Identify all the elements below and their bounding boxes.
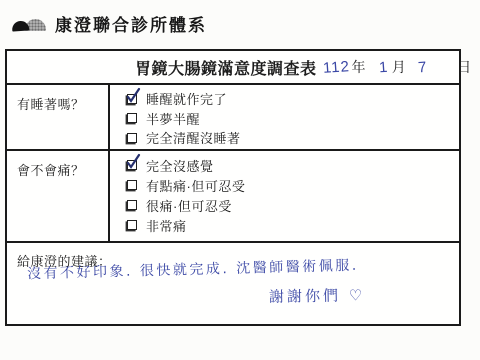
option-label: 非常痛 bbox=[146, 216, 187, 235]
checkbox bbox=[127, 94, 137, 104]
option-item: 非常痛 bbox=[127, 215, 459, 235]
clinic-header: 康澄聯合診所體系 bbox=[12, 11, 207, 36]
checkbox bbox=[127, 220, 137, 230]
survey-form: 胃鏡大腸鏡滿意度調查表 112 年 1 月 7 日 有睡著嗎？ 睡醒就作完了 半… bbox=[5, 49, 461, 326]
checkbox bbox=[127, 133, 137, 143]
checkbox bbox=[127, 180, 137, 190]
option-item: 完全清醒沒睡著 bbox=[127, 128, 459, 148]
question-row-pain: 會不會痛？ 完全沒感覺 有點痛·但可忍受 很痛·但可忍受 bbox=[7, 151, 459, 243]
checkmark-icon bbox=[126, 153, 142, 170]
option-item: 有點痛·但可忍受 bbox=[127, 175, 459, 195]
question-row-sleep: 有睡著嗎？ 睡醒就作完了 半夢半醒 完全清醒沒睡著 bbox=[7, 85, 459, 151]
year-label: 年 bbox=[351, 57, 365, 77]
handwritten-day: 7 bbox=[417, 58, 428, 76]
checkbox bbox=[127, 160, 137, 170]
question-options: 完全沒感覺 有點痛·但可忍受 很痛·但可忍受 非常痛 bbox=[110, 151, 459, 241]
month-label: 月 bbox=[392, 57, 406, 77]
handwritten-year: 112 bbox=[322, 58, 350, 77]
option-label: 完全清醒沒睡著 bbox=[146, 128, 241, 147]
handwritten-comment-line2: 謝謝你們 ♡ bbox=[269, 284, 366, 307]
checkmark-icon bbox=[126, 87, 142, 104]
option-item: 很痛·但可忍受 bbox=[127, 195, 459, 215]
option-label: 很痛·但可忍受 bbox=[146, 196, 232, 215]
checkbox bbox=[127, 113, 137, 123]
handwritten-month: 1 bbox=[379, 58, 390, 76]
day-label: 日 bbox=[457, 57, 471, 77]
question-options: 睡醒就作完了 半夢半醒 完全清醒沒睡著 bbox=[110, 85, 459, 149]
question-label: 有睡著嗎？ bbox=[7, 85, 110, 149]
form-title: 胃鏡大腸鏡滿意度調查表 bbox=[135, 56, 317, 79]
suggestion-section: 給康澄的建議： 沒有不好印象. 很快就完成. 沈醫師醫術佩服. 謝謝你們 ♡ bbox=[7, 243, 459, 324]
option-label: 睡醒就作完了 bbox=[146, 89, 227, 108]
question-label: 會不會痛？ bbox=[7, 151, 110, 241]
option-item: 半夢半醒 bbox=[127, 109, 459, 129]
form-title-row: 胃鏡大腸鏡滿意度調查表 112 年 1 月 7 日 bbox=[7, 51, 459, 85]
option-label: 有點痛·但可忍受 bbox=[146, 176, 245, 195]
option-label: 半夢半醒 bbox=[146, 109, 200, 128]
checkbox bbox=[127, 200, 137, 210]
clinic-name: 康澄聯合診所體系 bbox=[55, 11, 207, 36]
option-label: 完全沒感覺 bbox=[146, 156, 214, 175]
option-item: 睡醒就作完了 bbox=[127, 89, 459, 109]
option-item: 完全沒感覺 bbox=[127, 155, 459, 175]
clinic-logo-icon bbox=[12, 14, 48, 33]
